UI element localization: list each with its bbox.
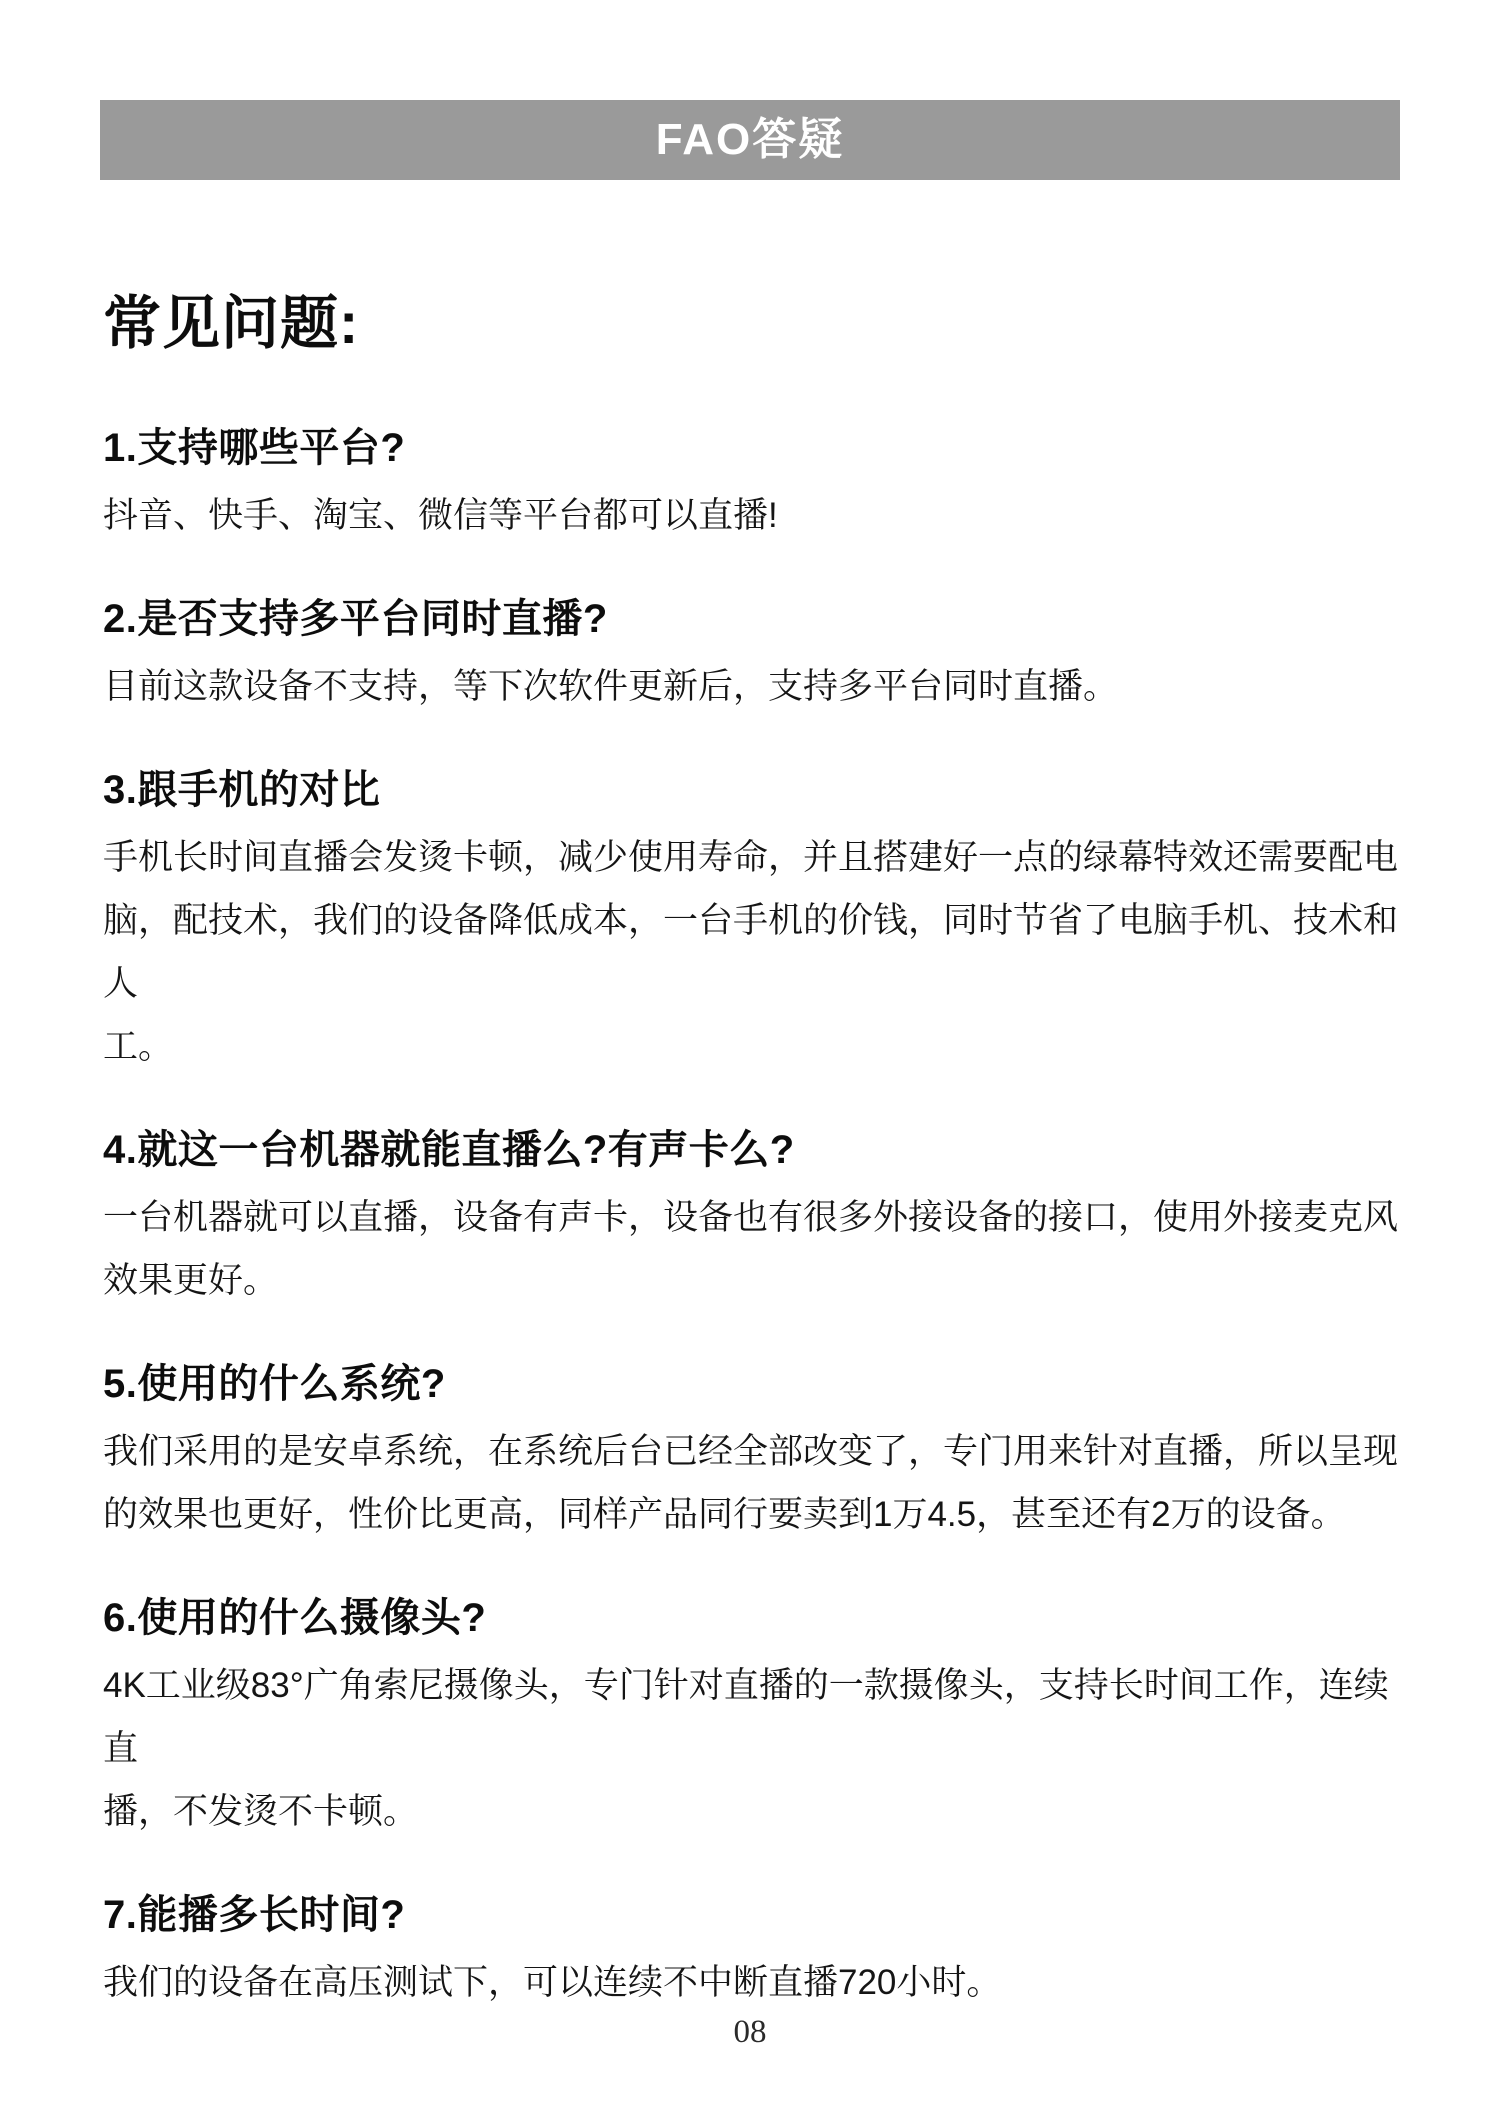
- faq-question: 1.支持哪些平台?: [103, 420, 1403, 476]
- faq-answer: 手机长时间直播会发烫卡顿，减少使用寿命，并且搭建好一点的绿幕特效还需要配电 脑，…: [103, 826, 1403, 1078]
- faq-answer-line: 我们采用的是安卓系统，在系统后台已经全部改变了，专门用来针对直播，所以呈现: [103, 1420, 1403, 1483]
- faq-answer: 我们采用的是安卓系统，在系统后台已经全部改变了，专门用来针对直播，所以呈现 的效…: [103, 1420, 1403, 1546]
- faq-answer-line: 4K工业级83°广角索尼摄像头，专门针对直播的一款摄像头，支持长时间工作，连续直: [103, 1654, 1403, 1780]
- faq-item: 6.使用的什么摄像头? 4K工业级83°广角索尼摄像头，专门针对直播的一款摄像头…: [103, 1590, 1403, 1843]
- faq-answer-line: 的效果也更好，性价比更高，同样产品同行要卖到1万4.5，甚至还有2万的设备。: [103, 1483, 1403, 1546]
- faq-item: 7.能播多长时间? 我们的设备在高压测试下，可以连续不中断直播720小时。: [103, 1887, 1403, 2014]
- faq-question: 2.是否支持多平台同时直播?: [103, 591, 1403, 647]
- faq-item: 5.使用的什么系统? 我们采用的是安卓系统，在系统后台已经全部改变了，专门用来针…: [103, 1356, 1403, 1546]
- faq-answer: 4K工业级83°广角索尼摄像头，专门针对直播的一款摄像头，支持长时间工作，连续直…: [103, 1654, 1403, 1843]
- faq-header-title: FAO答疑: [656, 118, 844, 162]
- faq-question: 4.就这一台机器就能直播么?有声卡么?: [103, 1122, 1403, 1178]
- faq-content: 常见问题: 1.支持哪些平台? 抖音、快手、淘宝、微信等平台都可以直播! 2.是…: [103, 288, 1403, 2058]
- faq-answer-line: 效果更好。: [103, 1249, 1403, 1312]
- faq-answer: 目前这款设备不支持，等下次软件更新后，支持多平台同时直播。: [103, 655, 1403, 718]
- page-number: 08: [734, 2014, 767, 2050]
- page-footer: 08: [0, 2014, 1500, 2051]
- faq-question: 3.跟手机的对比: [103, 762, 1403, 818]
- faq-item: 3.跟手机的对比 手机长时间直播会发烫卡顿，减少使用寿命，并且搭建好一点的绿幕特…: [103, 762, 1403, 1078]
- faq-question: 5.使用的什么系统?: [103, 1356, 1403, 1412]
- faq-answer-line: 手机长时间直播会发烫卡顿，减少使用寿命，并且搭建好一点的绿幕特效还需要配电: [103, 826, 1403, 889]
- faq-answer-line: 脑，配技术，我们的设备降低成本，一台手机的价钱，同时节省了电脑手机、技术和人: [103, 889, 1403, 1015]
- faq-answer-line: 我们的设备在高压测试下，可以连续不中断直播720小时。: [103, 1951, 1403, 2014]
- document-page: FAO答疑 常见问题: 1.支持哪些平台? 抖音、快手、淘宝、微信等平台都可以直…: [0, 0, 1500, 2127]
- faq-answer-line: 工。: [103, 1015, 1403, 1078]
- page-title: 常见问题:: [103, 288, 1403, 360]
- faq-answer: 抖音、快手、淘宝、微信等平台都可以直播!: [103, 484, 1403, 547]
- faq-answer-line: 一台机器就可以直播，设备有声卡，设备也有很多外接设备的接口，使用外接麦克风: [103, 1186, 1403, 1249]
- faq-answer: 一台机器就可以直播，设备有声卡，设备也有很多外接设备的接口，使用外接麦克风 效果…: [103, 1186, 1403, 1312]
- faq-header-bar: FAO答疑: [100, 100, 1400, 180]
- faq-answer-line: 抖音、快手、淘宝、微信等平台都可以直播!: [103, 484, 1403, 547]
- faq-answer-line: 播，不发烫不卡顿。: [103, 1780, 1403, 1843]
- faq-item: 2.是否支持多平台同时直播? 目前这款设备不支持，等下次软件更新后，支持多平台同…: [103, 591, 1403, 718]
- faq-answer-line: 目前这款设备不支持，等下次软件更新后，支持多平台同时直播。: [103, 655, 1403, 718]
- faq-item: 4.就这一台机器就能直播么?有声卡么? 一台机器就可以直播，设备有声卡，设备也有…: [103, 1122, 1403, 1312]
- faq-item: 1.支持哪些平台? 抖音、快手、淘宝、微信等平台都可以直播!: [103, 420, 1403, 547]
- faq-question: 6.使用的什么摄像头?: [103, 1590, 1403, 1646]
- faq-question: 7.能播多长时间?: [103, 1887, 1403, 1943]
- faq-answer: 我们的设备在高压测试下，可以连续不中断直播720小时。: [103, 1951, 1403, 2014]
